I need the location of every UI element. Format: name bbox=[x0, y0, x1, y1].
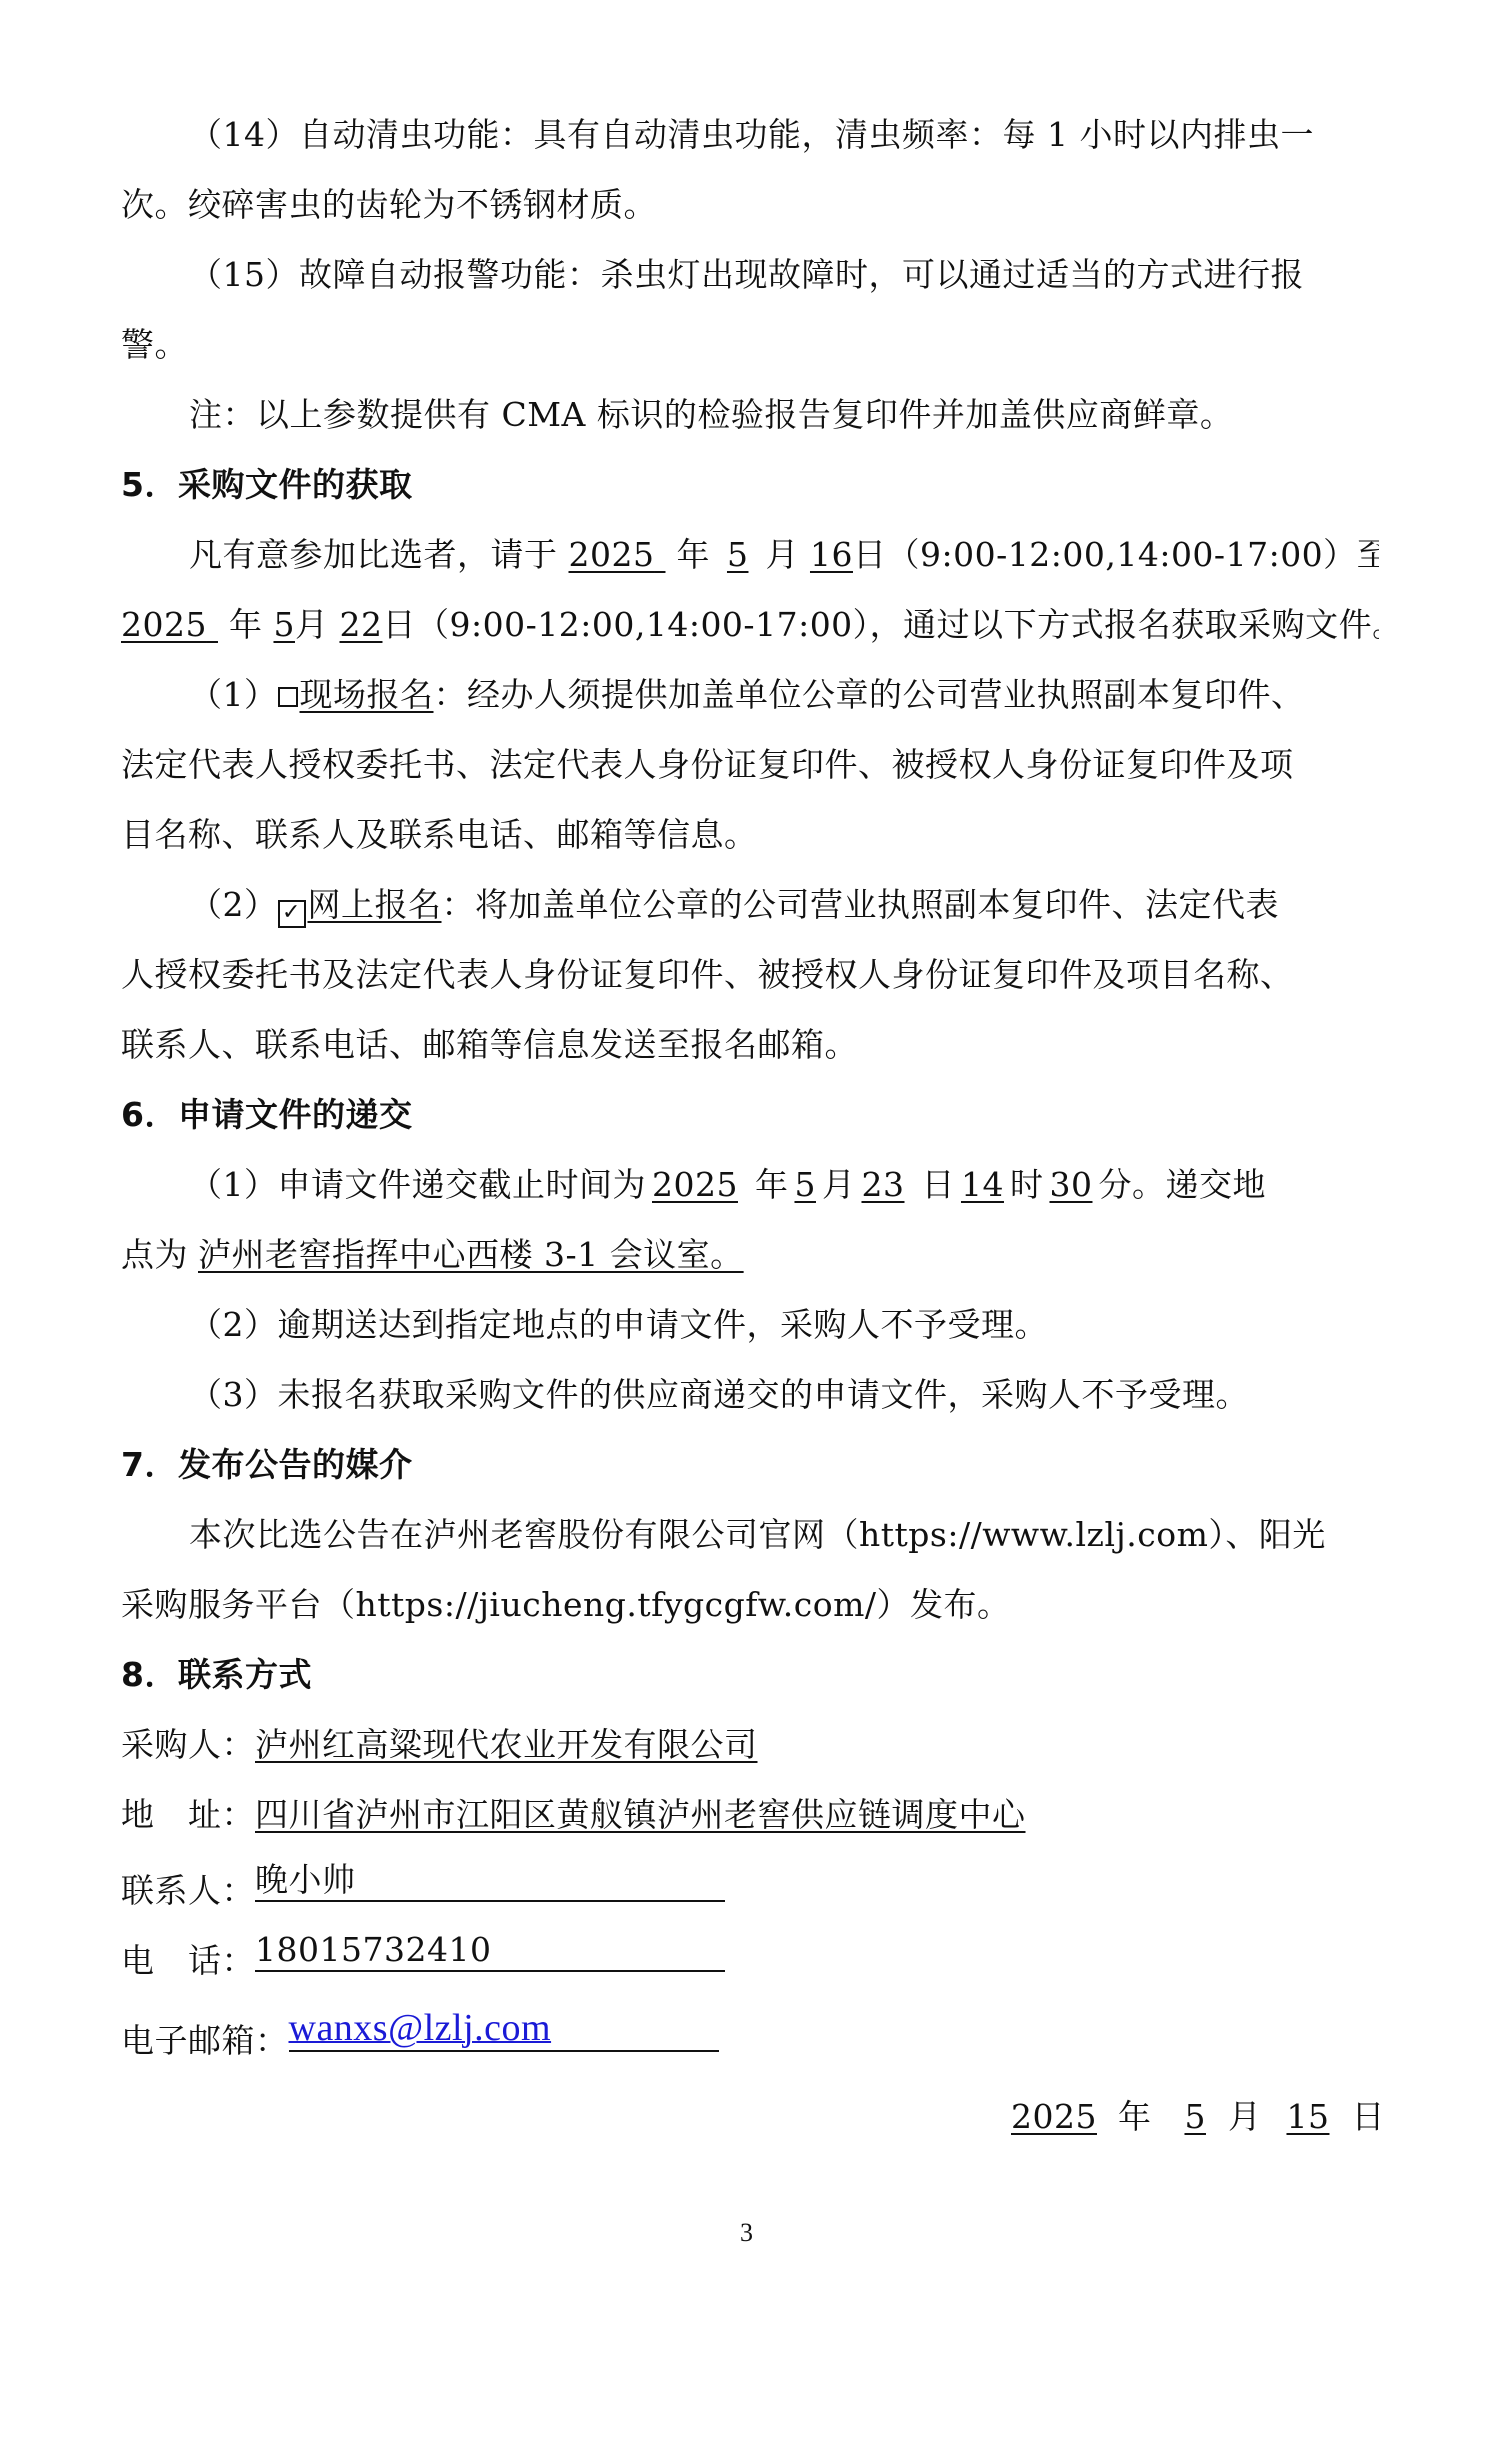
deadline-text: （1）申请文件递交截止时间为 bbox=[189, 1165, 646, 1204]
option-text: ：将加盖单位公章的公司营业执照副本复印件、法定代表 bbox=[442, 885, 1280, 924]
option-label: 现场报名 bbox=[300, 675, 434, 714]
minute-suffix: 分。递交地 bbox=[1098, 1165, 1266, 1204]
section-5-intro-line2: 2025 年 5月 22日（9:00-12:00,14:00-17:00），通过… bbox=[121, 600, 1379, 650]
section-8-heading: 8．联系方式 bbox=[121, 1650, 1379, 1700]
item-15-line2: 警。 bbox=[121, 320, 1379, 370]
note: 注：以上参数提供有 CMA 标识的检验报告复印件并加盖供应商鲜章。 bbox=[189, 390, 1379, 440]
month-char: 月 bbox=[1228, 2097, 1262, 2136]
option-text: ：经办人须提供加盖单位公章的公司营业执照副本复印件、 bbox=[434, 675, 1305, 714]
option-onsite-line3: 目名称、联系人及联系电话、邮箱等信息。 bbox=[121, 810, 1379, 860]
start-month: 5 bbox=[721, 535, 755, 574]
deadline-month: 5 bbox=[788, 1165, 822, 1204]
item-14-line1: （14）自动清虫功能：具有自动清虫功能，清虫频率：每 1 小时以内排虫一 bbox=[189, 110, 1379, 160]
hours-text: 日（9:00-12:00,14:00-17:00）至 bbox=[853, 535, 1379, 574]
month-char: 月 bbox=[822, 1165, 856, 1204]
checked-checkbox-icon[interactable]: ✓ bbox=[278, 900, 306, 928]
deadline-minute: 30 bbox=[1043, 1165, 1098, 1204]
month-char: 月 bbox=[765, 535, 799, 574]
unregistered-rule: （3）未报名获取采购文件的供应商递交的申请文件，采购人不予受理。 bbox=[189, 1370, 1379, 1420]
deadline-line1: （1）申请文件递交截止时间为2025 年5月23 日14时30分。递交地 bbox=[189, 1160, 1379, 1210]
submission-place: 泸州老窖指挥中心西楼 3-1 会议室。 bbox=[188, 1235, 744, 1274]
onsite-registration-option[interactable]: 现场报名 bbox=[278, 675, 434, 714]
email-row: 电子邮箱：wanxs@lzlj.com bbox=[121, 2010, 1379, 2066]
item-number: （15） bbox=[189, 255, 299, 294]
deadline-line2: 点为泸州老窖指挥中心西楼 3-1 会议室。 bbox=[121, 1230, 1379, 1280]
email-label: 电子邮箱： bbox=[121, 2021, 289, 2060]
end-year: 2025 bbox=[121, 605, 207, 644]
address-value: 四川省泸州市江阳区黄舣镇泸州老窖供应链调度中心 bbox=[255, 1795, 1026, 1834]
option-number: （1） bbox=[189, 675, 278, 714]
option-number: （2） bbox=[189, 885, 278, 924]
date-day: 15 bbox=[1272, 2097, 1351, 2136]
option-onsite-line2: 法定代表人授权委托书、法定代表人身份证复印件、被授权人身份证复印件及项 bbox=[121, 740, 1379, 790]
section-5-intro-line1: 凡有意参加比选者，请于 2025 年 5 月 16日（9:00-12:00,14… bbox=[189, 530, 1379, 580]
deadline-year: 2025 bbox=[646, 1165, 744, 1204]
contact-value-field: 晚小帅 bbox=[255, 1860, 725, 1902]
option-online-line1: （2）✓网上报名：将加盖单位公章的公司营业执照副本复印件、法定代表 bbox=[189, 880, 1379, 930]
place-prefix: 点为 bbox=[121, 1235, 188, 1274]
date-month: 5 bbox=[1162, 2097, 1228, 2136]
year-char: 年 bbox=[676, 535, 710, 574]
phone-value-field: 18015732410 bbox=[255, 1930, 725, 1972]
phone-value: 18015732410 bbox=[255, 1930, 491, 1975]
phone-label: 电 话： bbox=[121, 1941, 255, 1980]
media-line1: 本次比选公告在泸州老窖股份有限公司官网（https://www.lzlj.com… bbox=[189, 1510, 1379, 1560]
purchaser-value: 泸州红高粱现代农业开发有限公司 bbox=[255, 1725, 772, 1764]
option-label: 网上报名 bbox=[308, 885, 442, 924]
section-7-heading: 7．发布公告的媒介 bbox=[121, 1440, 1379, 1490]
deadline-hour: 14 bbox=[955, 1165, 1010, 1204]
deadline-day: 23 bbox=[855, 1165, 910, 1204]
item-text: 故障自动报警功能：杀虫灯出现故障时，可以通过适当的方式进行报 bbox=[299, 255, 1304, 294]
item-15-line1: （15）故障自动报警功能：杀虫灯出现故障时，可以通过适当的方式进行报 bbox=[189, 250, 1379, 300]
end-month: 5 bbox=[273, 605, 295, 644]
purchaser-label: 采购人： bbox=[121, 1725, 255, 1764]
late-submission-rule: （2）逾期送达到指定地点的申请文件，采购人不予受理。 bbox=[189, 1300, 1379, 1350]
option-onsite-line1: （1）现场报名：经办人须提供加盖单位公章的公司营业执照副本复印件、 bbox=[189, 670, 1379, 720]
section-6-heading: 6．申请文件的递交 bbox=[121, 1090, 1379, 1140]
phone-row: 电 话：18015732410 bbox=[121, 1930, 1379, 1980]
day-char: 日 bbox=[921, 1165, 955, 1204]
contact-row: 联系人：晚小帅 bbox=[121, 1860, 1379, 1910]
purchaser-row: 采购人：泸州红高粱现代农业开发有限公司 bbox=[121, 1720, 1379, 1770]
start-day: 16 bbox=[810, 535, 853, 574]
address-row: 地 址：四川省泸州市江阳区黄舣镇泸州老窖供应链调度中心 bbox=[121, 1790, 1379, 1840]
signature-date: 2025 年 5月 15日 bbox=[995, 2092, 1395, 2142]
contact-value: 晚小帅 bbox=[255, 1860, 356, 1905]
year-char: 年 bbox=[1118, 2097, 1152, 2136]
email-value-field: wanxs@lzlj.com bbox=[289, 2010, 719, 2052]
option-online-line3: 联系人、联系电话、邮箱等信息发送至报名邮箱。 bbox=[121, 1020, 1379, 1070]
item-number: （14） bbox=[189, 115, 299, 154]
page-number: 3 bbox=[740, 2218, 753, 2248]
address-label: 地 址： bbox=[121, 1795, 255, 1834]
item-14-line2: 次。绞碎害虫的齿轮为不锈钢材质。 bbox=[121, 180, 1379, 230]
intro-text: 凡有意参加比选者，请于 bbox=[189, 535, 558, 574]
year-char: 年 bbox=[229, 605, 263, 644]
option-online-line2: 人授权委托书及法定代表人身份证复印件、被授权人身份证复印件及项目名称、 bbox=[121, 950, 1379, 1000]
contact-label: 联系人： bbox=[121, 1871, 255, 1910]
day-char: 日 bbox=[1351, 2097, 1385, 2136]
month-char: 月 bbox=[295, 605, 329, 644]
media-line2: 采购服务平台（https://jiucheng.tfygcgfw.com/）发布… bbox=[121, 1580, 1379, 1630]
email-link[interactable]: wanxs@lzlj.com bbox=[289, 2010, 552, 2056]
end-day: 22 bbox=[339, 605, 382, 644]
year-char: 年 bbox=[755, 1165, 789, 1204]
date-year: 2025 bbox=[995, 2097, 1107, 2136]
hours-text: 日（9:00-12:00,14:00-17:00），通过以下方式报名获取采购文件… bbox=[382, 605, 1379, 644]
start-year: 2025 bbox=[569, 535, 655, 574]
item-text: 自动清虫功能：具有自动清虫功能，清虫频率：每 1 小时以内排虫一 bbox=[299, 115, 1314, 154]
online-registration-option[interactable]: ✓网上报名 bbox=[278, 885, 442, 924]
section-5-heading: 5．采购文件的获取 bbox=[121, 460, 1379, 510]
unchecked-checkbox-icon[interactable] bbox=[278, 687, 298, 707]
hour-char: 时 bbox=[1010, 1165, 1044, 1204]
